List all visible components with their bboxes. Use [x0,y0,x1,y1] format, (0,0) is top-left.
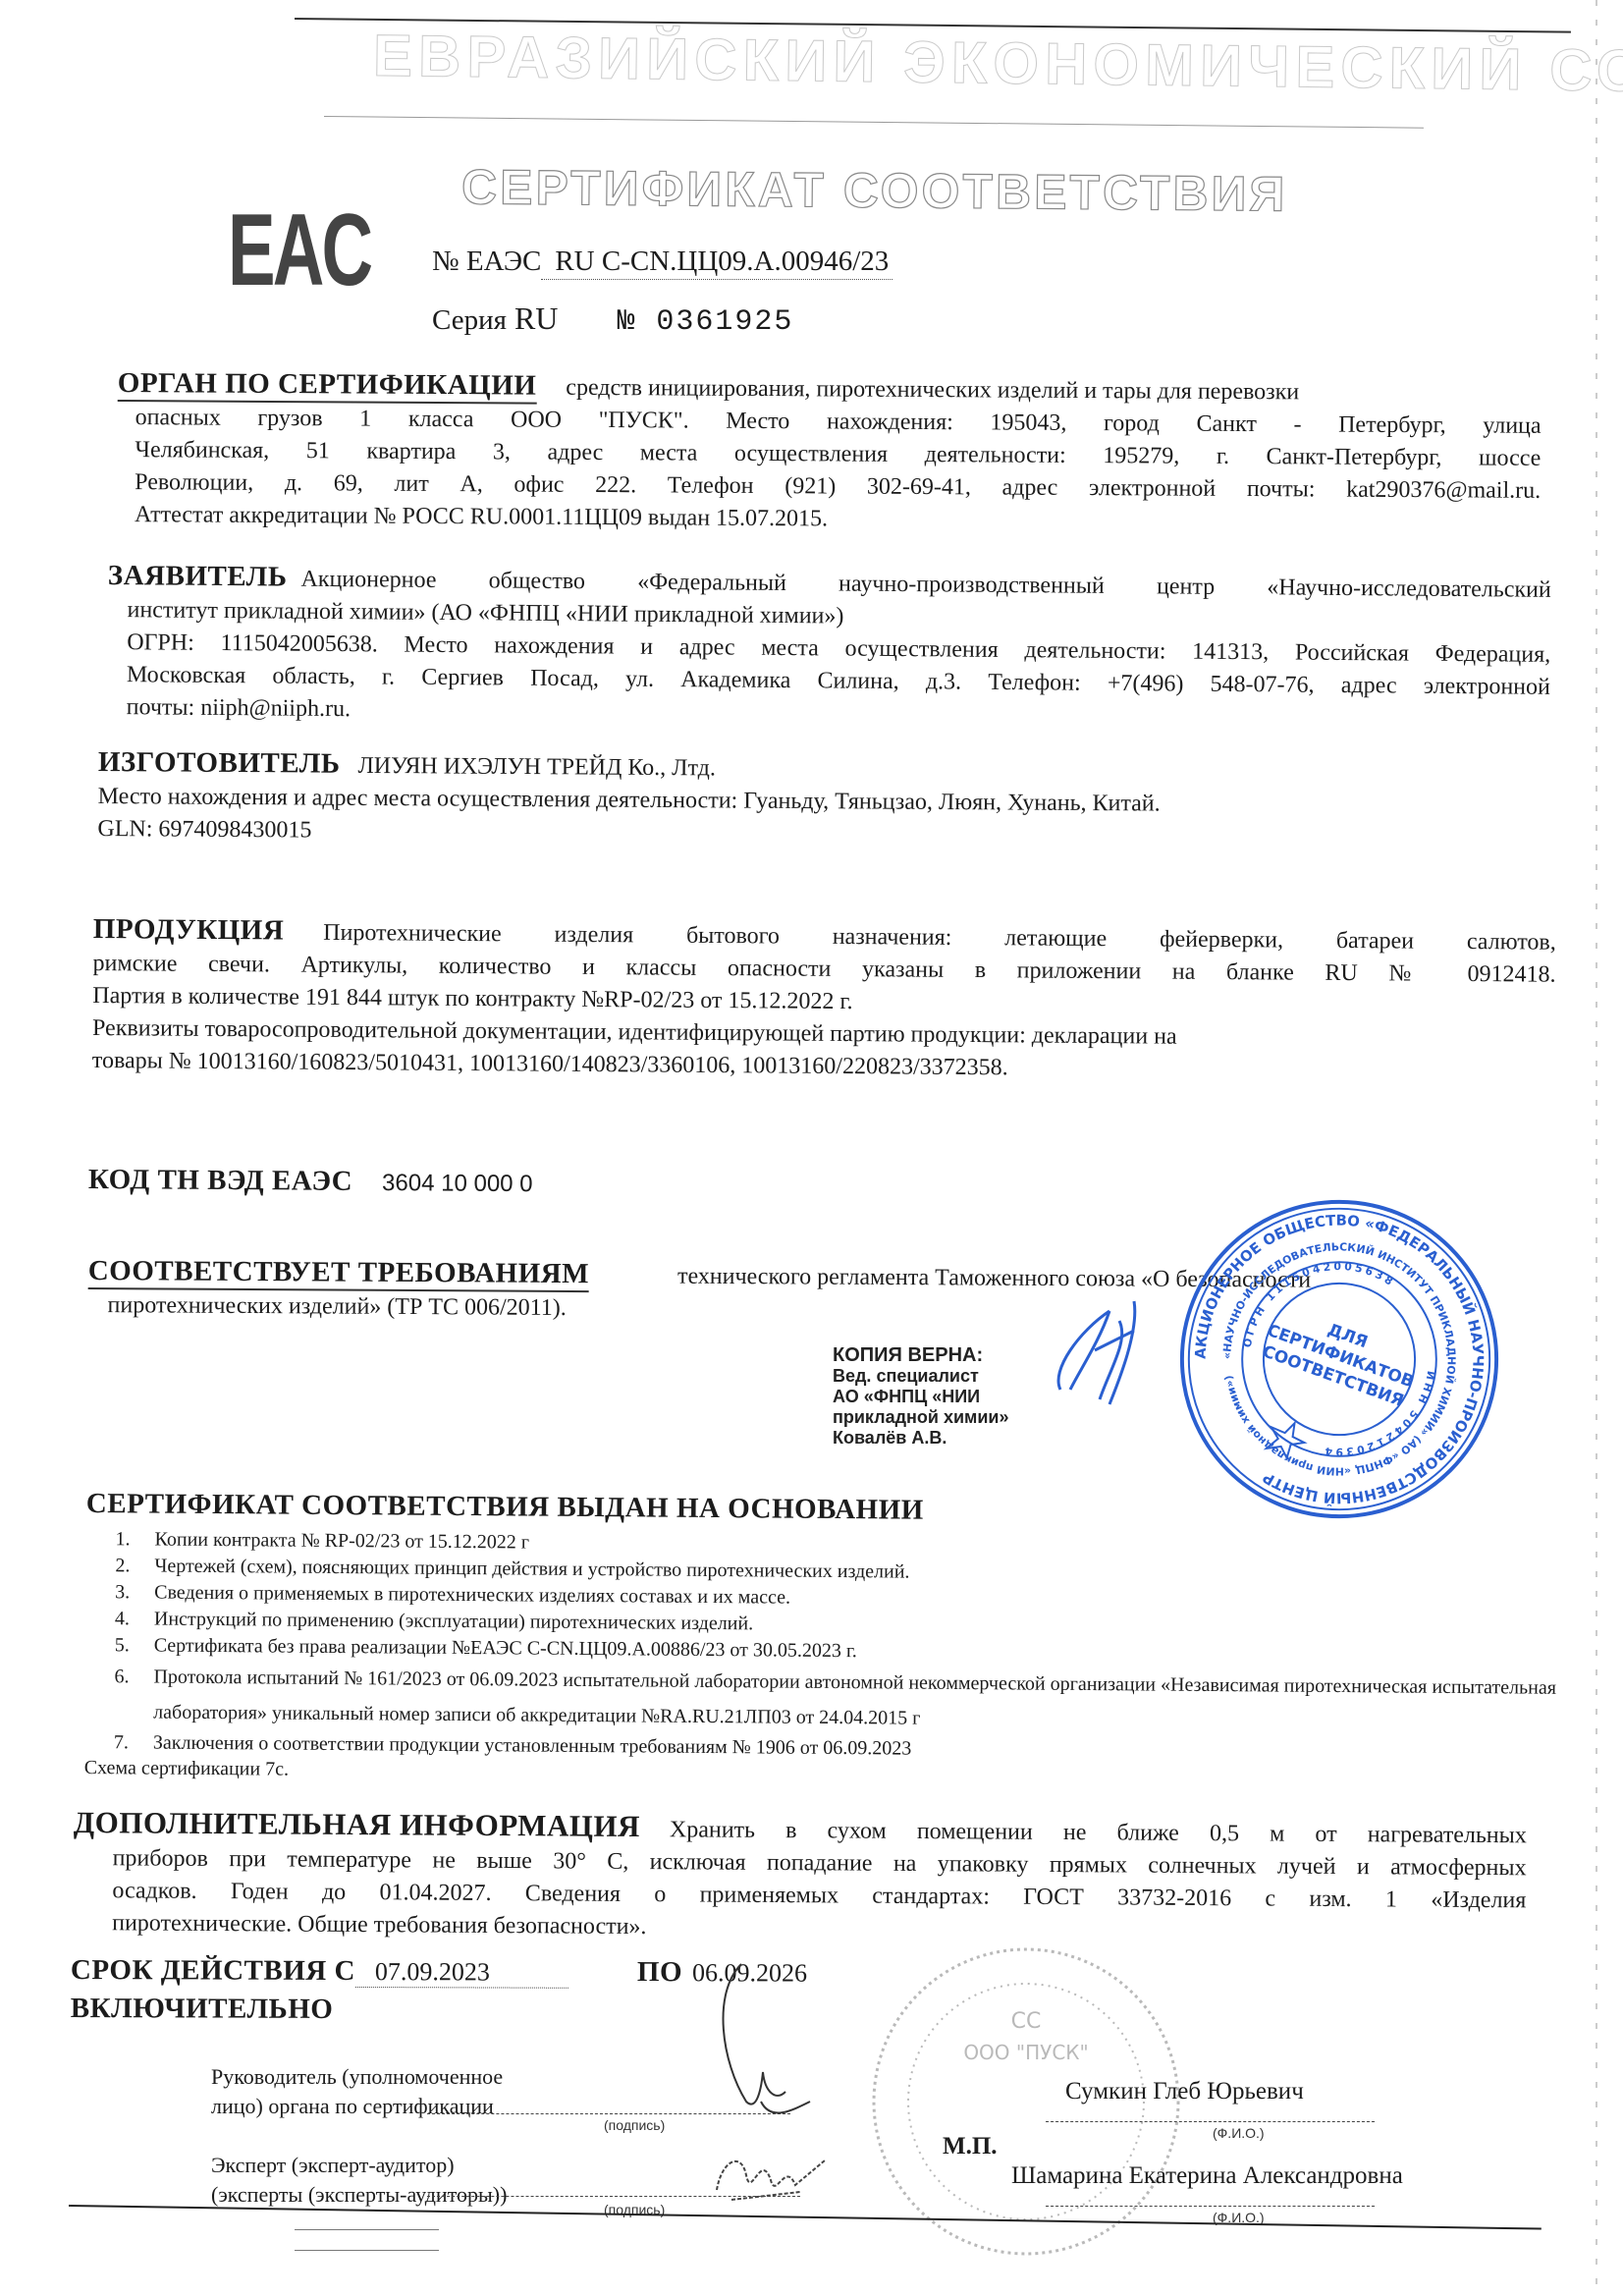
head-name-line [1046,2121,1375,2122]
head-role-line: Руководитель (уполномоченное [211,2062,1546,2092]
blank-number: № 0361925 [617,305,793,339]
tn-ved-section: КОД ТН ВЭД ЕАЭС3604 10 000 0 [88,1164,533,1199]
manufacturer-name: ЛИУЯН ИХЭЛУН ТРЕЙД Ко., Лтд. [357,753,716,782]
certification-body-section: ОРГАН ПО СЕРТИФИКАЦИИ средств инициирова… [117,355,1542,540]
head-name: Сумкин Глеб Юрьевич [1065,2078,1304,2105]
product-section: ПРОДУКЦИЯ Пиротехнические изделия бытово… [92,913,1556,1089]
head-name-caption: (Ф.И.О.) [1213,2125,1265,2141]
certification-body-label: ОРГАН ПО СЕРТИФИКАЦИИ [118,367,537,405]
expert-signature-row: Эксперт (эксперт-аудитор) (эксперты (экс… [211,2151,1546,2210]
gray-stamp-center-1: СС [1011,2009,1042,2034]
series-line: СерияRU№ 0361925 [432,301,793,339]
tn-ved-label: КОД ТН ВЭД ЕАЭС [88,1164,352,1197]
tn-ved-code: 3604 10 000 0 [382,1170,533,1197]
certificate-page: ЕВРАЗИЙСКИЙ ЭКОНОМИЧЕСКИЙ СОЮЗ СЕРТИФИКА… [0,0,1623,2296]
copy-certified-line: Ковалёв А.В. [833,1428,1009,1449]
validity-from-date: 07.09.2023 [355,1957,568,1989]
series-value: RU [514,301,558,336]
applicant-label: ЗАЯВИТЕЛЬ [108,560,288,594]
printing-house-mark [295,2229,439,2251]
copy-certified-line: Вед. специалист [833,1366,1009,1387]
reg-label: № ЕАЭС [432,246,541,277]
head-signature-row: Руководитель (уполномоченное лицо) орган… [211,2062,1546,2121]
copy-certified-line: АО «ФНПЦ «НИИ [833,1387,1009,1407]
head-role-line: лицо) органа по сертификации [211,2092,1546,2121]
eac-mark-icon: EAC [228,192,370,309]
copy-certified-line: прикладной химии» [833,1407,1009,1428]
validity-inclusive: ВКЛЮЧИТЕЛЬНО [71,1993,807,2028]
expert-name: Шамарина Екатерина Александровна [1011,2162,1403,2190]
additional-info-label: ДОПОЛНИТЕЛЬНАЯ ИНФОРМАЦИЯ [74,1805,640,1844]
reg-value: RU C-CN.ЦЦ09.А.00946/23 [541,246,893,280]
manufacturer-label: ИЗГОТОВИТЕЛЬ [98,746,341,780]
head-signature-caption: (подпись) [604,2117,665,2133]
copy-certified-note: КОПИЯ ВЕРНА: Вед. специалист АО «ФНПЦ «Н… [833,1345,1009,1449]
header-frame-line-bottom [324,116,1424,129]
head-signature-icon [702,1954,820,2151]
applicant-section: ЗАЯВИТЕЛЬ Акционерное общество «Федераль… [107,560,1551,737]
union-title: ЕВРАЗИЙСКИЙ ЭКОНОМИЧЕСКИЙ СОЮЗ [373,22,1356,101]
basis-section: СЕРТИФИКАТ СООТВЕТСТВИЯ ВЫДАН НА ОСНОВАН… [84,1488,1579,1792]
expert-signature-icon [702,2131,830,2219]
organization-seal-icon: АКЦИОНЕРНОЕ ОБЩЕСТВО «ФЕДЕРАЛЬНЫЙ НАУЧНО… [1174,1194,1504,1524]
series-label: Серия [432,304,507,336]
validity-section: СРОК ДЕЙСТВИЯ С07.09.2023ПО06.09.2026 ВК… [71,1954,807,2028]
validity-from-label: СРОК ДЕЙСТВИЯ С [71,1954,355,1987]
blue-signature-icon [1041,1291,1168,1409]
document-title: СЕРТИФИКАТ СООТВЕТСТВИЯ [461,158,1288,222]
additional-info-section: ДОПОЛНИТЕЛЬНАЯ ИНФОРМАЦИЯ Хранить в сухо… [73,1805,1527,1949]
head-role: Руководитель (уполномоченное лицо) орган… [211,2062,1546,2121]
gray-stamp-center-2: ООО "ПУСК" [963,2041,1088,2064]
copy-certified-title: КОПИЯ ВЕРНА: [833,1345,1009,1366]
registration-number: № ЕАЭСRU C-CN.ЦЦ09.А.00946/23 [432,246,893,278]
basis-list: Копии контракта № RP-02/23 от 15.12.2022… [84,1526,1579,1768]
expert-name-line [1046,2206,1375,2207]
basis-item: Протокола испытаний № 161/2023 от 06.09.… [134,1659,1578,1741]
validity-to-label: ПО [637,1956,682,1988]
product-label: ПРОДУКЦИЯ [93,913,285,948]
certification-body-line: средств инициирования, пиротехнических и… [566,372,1299,410]
conformity-label: СООТВЕТСТВУЕТ ТРЕБОВАНИЯМ [88,1255,589,1292]
page-edge [1596,0,1597,2296]
manufacturer-section: ИЗГОТОВИТЕЛЬ ЛИУЯН ИХЭЛУН ТРЕЙД Ко., Лтд… [97,746,1571,855]
